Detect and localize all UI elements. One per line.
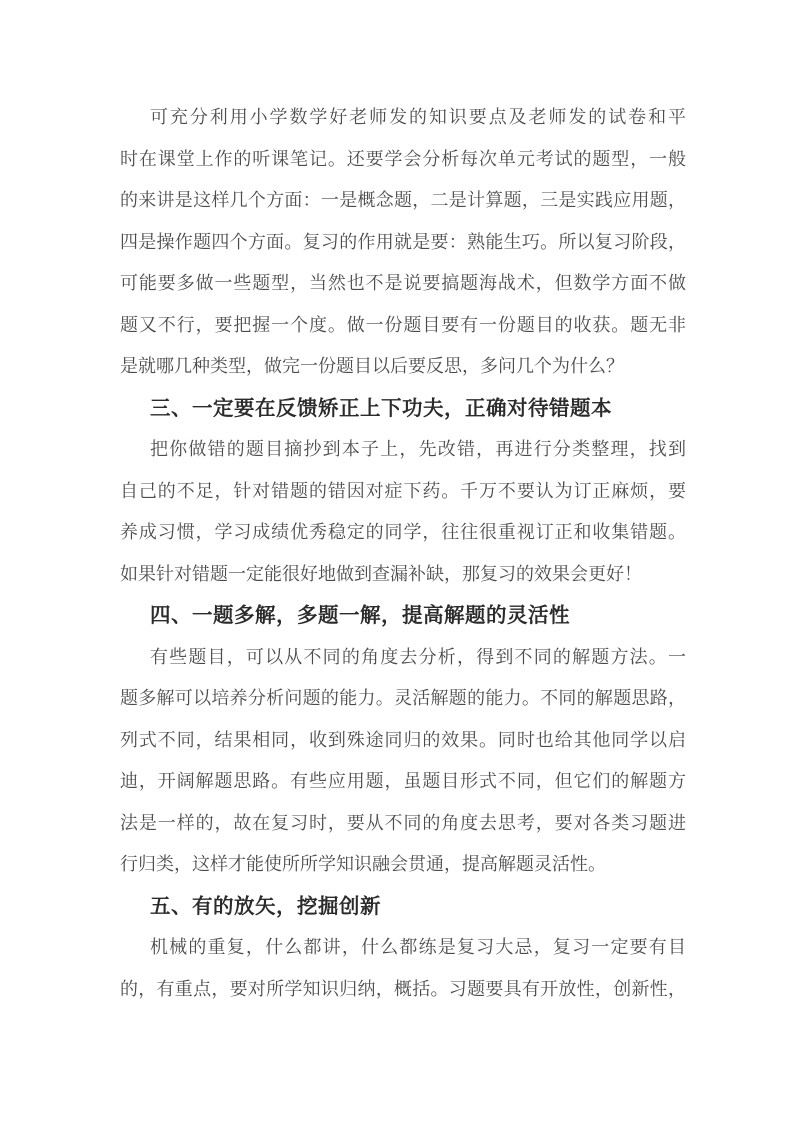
paragraph-line: 如果针对错题一定能很好地做到查漏补缺，那复习的效果会更好！ bbox=[120, 554, 686, 596]
paragraph-line: 迪，开阔解题思路。有些应用题，虽题目形式不同，但它们的解题方 bbox=[120, 761, 686, 803]
paragraph-line: 有些题目，可以从不同的角度去分析，得到不同的解题方法。一 bbox=[120, 637, 686, 679]
paragraph-line: 列式不同，结果相同，收到殊途同归的效果。同时也给其他同学以启 bbox=[120, 720, 686, 762]
section-heading: 五、有的放矢，挖掘创新 bbox=[120, 886, 686, 928]
paragraph-line: 四是操作题四个方面。复习的作用就是要：熟能生巧。所以复习阶段， bbox=[120, 222, 686, 264]
section-heading: 三、一定要在反馈矫正上下功夫，正确对待错题本 bbox=[120, 388, 686, 430]
paragraph-line: 时在课堂上作的听课笔记。还要学会分析每次单元考试的题型，一般 bbox=[120, 139, 686, 181]
paragraph-line: 可能要多做一些题型，当然也不是说要搞题海战术，但数学方面不做 bbox=[120, 263, 686, 305]
paragraph-line: 的来讲是这样几个方面：一是概念题，二是计算题，三是实践应用题， bbox=[120, 180, 686, 222]
paragraph-line: 机械的重复，什么都讲，什么都练是复习大忌，复习一定要有目 bbox=[120, 927, 686, 969]
paragraph-line: 行归类，这样才能使所所学知识融会贯通，提高解题灵活性。 bbox=[120, 844, 686, 886]
paragraph-line: 题又不行，要把握一个度。做一份题目要有一份题目的收获。题无非 bbox=[120, 305, 686, 347]
paragraph-line: 自己的不足，针对错题的错因对症下药。千万不要认为订正麻烦，要 bbox=[120, 471, 686, 513]
section-heading: 四、一题多解，多题一解，提高解题的灵活性 bbox=[120, 595, 686, 637]
paragraph-line: 可充分利用小学数学好老师发的知识要点及老师发的试卷和平 bbox=[120, 97, 686, 139]
document-text-block: 可充分利用小学数学好老师发的知识要点及老师发的试卷和平 时在课堂上作的听课笔记。… bbox=[120, 97, 686, 1010]
paragraph-line: 是就哪几种类型，做完一份题目以后要反思，多问几个为什么？ bbox=[120, 346, 686, 388]
paragraph-line: 把你做错的题目摘抄到本子上，先改错，再进行分类整理，找到 bbox=[120, 429, 686, 471]
paragraph-line: 题多解可以培养分析问题的能力。灵活解题的能力。不同的解题思路， bbox=[120, 678, 686, 720]
paragraph-line: 养成习惯，学习成绩优秀稳定的同学，往往很重视订正和收集错题。 bbox=[120, 512, 686, 554]
paragraph-line: 的，有重点，要对所学知识归纳，概括。习题要具有开放性，创新性， bbox=[120, 969, 686, 1011]
paragraph-line: 法是一样的，故在复习时，要从不同的角度去思考，要对各类习题进 bbox=[120, 803, 686, 845]
document-page: 可充分利用小学数学好老师发的知识要点及老师发的试卷和平 时在课堂上作的听课笔记。… bbox=[0, 0, 793, 1122]
